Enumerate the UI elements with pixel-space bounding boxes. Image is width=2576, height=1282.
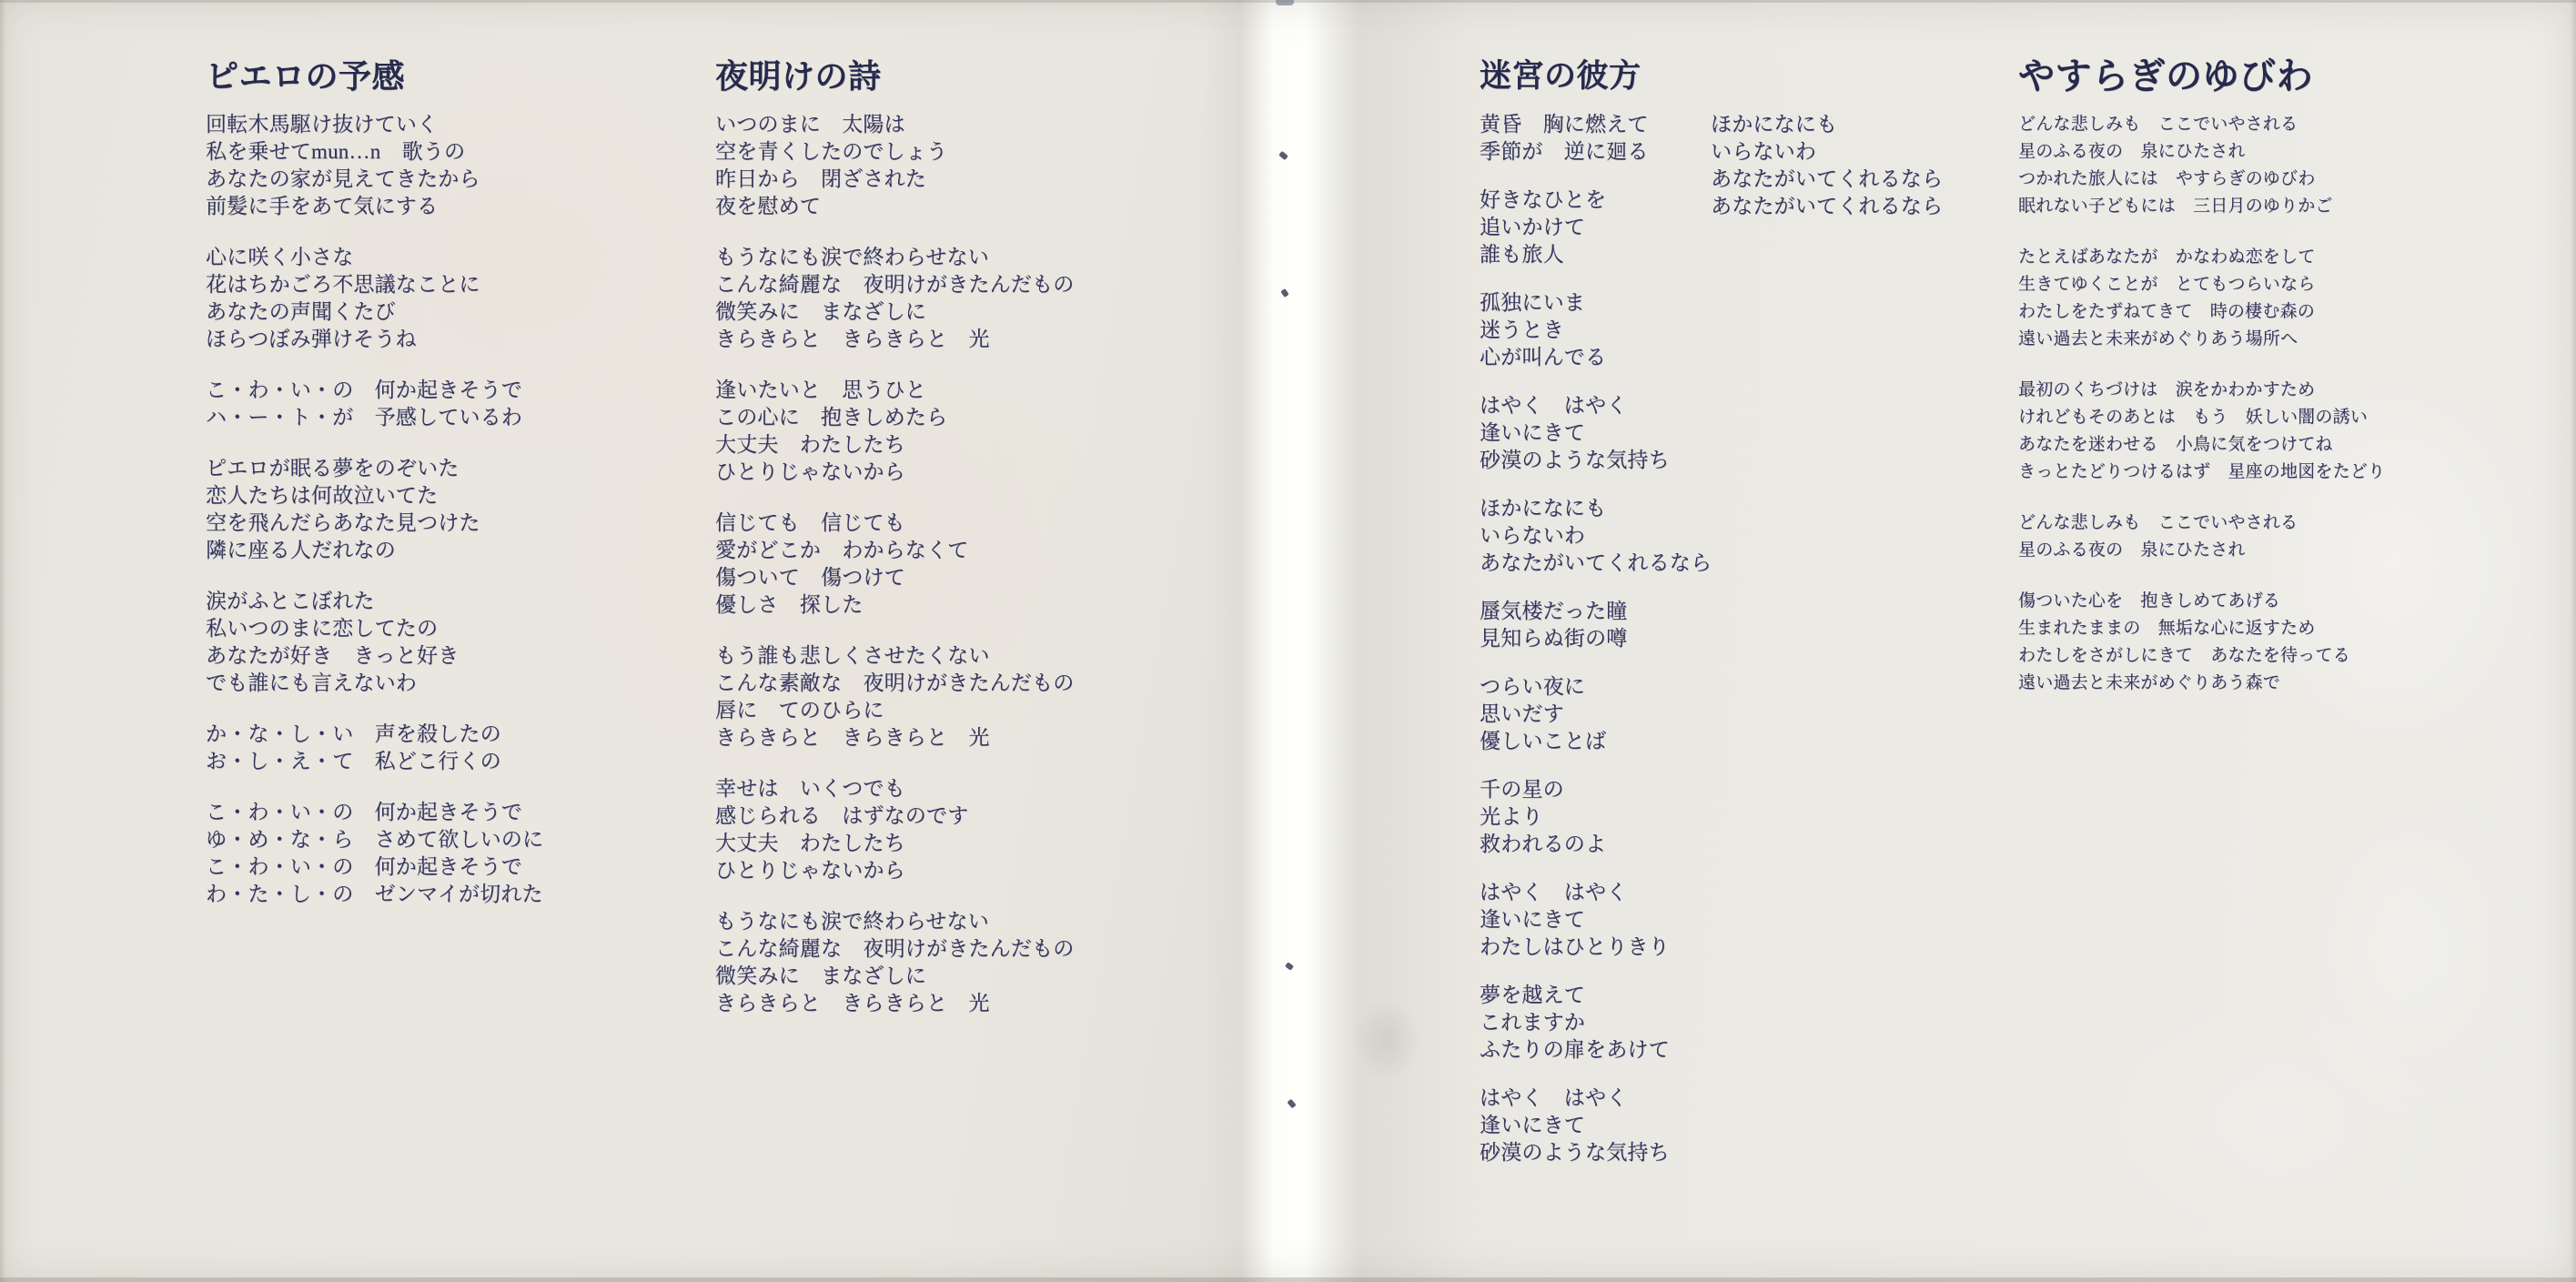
lyric-line: 眠れない子どもには 三日月のゆりかご <box>2018 193 2546 220</box>
lyric-line: 空を飛んだらあなた見つけた <box>206 510 752 537</box>
lyric-line: 大丈夫 わたしたち <box>715 830 1279 857</box>
lyric-line: こ・わ・い・の 何か起きそうで <box>206 853 752 881</box>
lyric-line: 夜を慰めて <box>715 193 1279 220</box>
scan-edge <box>0 1277 2576 1282</box>
lyric-line: あなたの家が見えてきたから <box>206 166 752 193</box>
lyric-line: 感じられる はずなのです <box>715 803 1279 830</box>
lyric-stanza: ほかになにもいらないわあなたがいてくれるなら <box>1480 495 1916 577</box>
lyric-stanza: もうなにも涙で終わらせないこんな綺麗な 夜明けがきたんだもの微笑みに まなざしに… <box>715 908 1279 1017</box>
lyric-stanza: つらい夜に思いだす優しいことば <box>1480 673 1916 755</box>
lyric-line: わ・た・し・の ゼンマイが切れた <box>206 881 752 908</box>
lyric-line: 遠い過去と未来がめぐりあう森で <box>2018 670 2546 697</box>
lyric-stanza: 信じても 信じても愛がどこか わからなくて傷ついて 傷つけて優しさ 探した <box>715 510 1279 619</box>
lyric-stanza: どんな悲しみも ここでいやされる星のふる夜の 泉にひたされつかれた旅人には やす… <box>2018 111 2546 220</box>
song-yasuragi-no-yubiwa: やすらぎのゆびわ どんな悲しみも ここでいやされる星のふる夜の 泉にひたされつか… <box>2018 58 2546 721</box>
lyric-stanza: こ・わ・い・の 何か起きそうでハ・ー・ト・が 予感しているわ <box>206 377 752 431</box>
lyric-line: 生まれたままの 無垢な心に返すため <box>2018 615 2546 642</box>
lyric-line: 星のふる夜の 泉にひたされ <box>2018 537 2546 564</box>
lyric-line: この心に 抱きしめたら <box>715 404 1279 431</box>
lyric-line: お・し・え・て 私どこ行くの <box>206 748 752 775</box>
lyric-stanza: 逢いたいと 思うひとこの心に 抱きしめたら大丈夫 わたしたちひとりじゃないから <box>715 377 1279 486</box>
lyric-stanza: 夢を越えてこれますかふたりの扉をあけて <box>1480 982 1916 1064</box>
lyric-line: きらきらと きらきらと 光 <box>715 326 1279 353</box>
lyric-line: 遠い過去と未来がめぐりあう場所へ <box>2018 326 2546 353</box>
lyric-line: 孤独にいま <box>1480 289 1916 317</box>
scan-edge <box>0 0 2576 3</box>
lyric-line: はやく はやく <box>1480 392 1916 419</box>
lyric-line: 空を青くしたのでしょう <box>715 138 1279 166</box>
booklet-scan: ピエロの予感 回転木馬駆け抜けていく私を乗せてmun…n 歌うのあなたの家が見え… <box>0 0 2576 1282</box>
lyric-line: 最初のくちづけは 涙をかわかすため <box>2018 377 2546 404</box>
lyric-line: 唇に てのひらに <box>715 697 1279 724</box>
lyric-stanza: ピエロが眠る夢をのぞいた恋人たちは何故泣いてた空を飛んだらあなた見つけた隣に座る… <box>206 455 752 564</box>
lyric-line: 救われるのよ <box>1480 831 1916 858</box>
lyric-stanza: もう誰も悲しくさせたくないこんな素敵な 夜明けがきたんだもの唇に てのひらにきら… <box>715 642 1279 752</box>
lyric-line: 涙がふとこぼれた <box>206 588 752 615</box>
song-title-yoake-no-uta: 夜明けの詩 <box>715 58 1279 95</box>
lyric-line: きっとたどりつけるはず 星座の地図をたどり <box>2018 459 2546 486</box>
lyric-line: あなたの声聞くたび <box>206 298 752 326</box>
lyric-line: 心が叫んでる <box>1480 344 1916 371</box>
lyric-line: はやく はやく <box>1480 1085 1916 1112</box>
lyric-line: か・な・し・い 声を殺したの <box>206 721 752 748</box>
lyric-line: こ・わ・い・の 何か起きそうで <box>206 799 752 826</box>
lyric-line: 砂漠のような気持ち <box>1480 447 1916 474</box>
song-title-piero-no-yokan: ピエロの予感 <box>206 58 752 95</box>
lyric-line: ゆ・め・な・ら さめて欲しいのに <box>206 826 752 853</box>
song-lyrics: いつのまに 太陽は空を青くしたのでしょう昨日から 閉ざされた夜を慰めてもうなにも… <box>715 111 1279 1017</box>
pencil-smudge <box>1354 999 1419 1081</box>
lyric-stanza: 孤独にいま迷うとき心が叫んでる <box>1480 289 1916 371</box>
lyric-line: 誰も旅人 <box>1480 241 1916 268</box>
song-title-meikyuu-no-kanata: 迷宮の彼方 <box>1480 58 1916 95</box>
lyric-stanza: はやく はやく逢いにきて砂漠のような気持ち <box>1480 392 1916 474</box>
lyric-stanza: 心に咲く小さな花はちかごろ不思議なことにあなたの声聞くたびほらつぼみ弾けそうね <box>206 244 752 353</box>
lyric-line: こんな綺麗な 夜明けがきたんだもの <box>715 271 1279 298</box>
lyric-stanza: か・な・し・い 声を殺したのお・し・え・て 私どこ行くの <box>206 721 752 775</box>
lyric-stanza: 回転木馬駆け抜けていく私を乗せてmun…n 歌うのあなたの家が見えてきたから前髪… <box>206 111 752 220</box>
lyric-line: きらきらと きらきらと 光 <box>715 990 1279 1017</box>
lyric-line: 蜃気楼だった瞳 <box>1480 598 1916 625</box>
lyric-line: ひとりじゃないから <box>715 857 1279 884</box>
lyric-line: 星のふる夜の 泉にひたされ <box>2018 138 2546 166</box>
lyric-stanza: いつのまに 太陽は空を青くしたのでしょう昨日から 閉ざされた夜を慰めて <box>715 111 1279 220</box>
lyric-line: きらきらと きらきらと 光 <box>715 724 1279 752</box>
song-yoake-no-uta: 夜明けの詩 いつのまに 太陽は空を青くしたのでしょう昨日から 閉ざされた夜を慰め… <box>715 58 1279 1041</box>
scanner-glare <box>2084 983 2466 1256</box>
scan-edge <box>2570 0 2576 1282</box>
lyric-line: 優しいことば <box>1480 728 1916 755</box>
lyric-line: あなたがいてくれるなら <box>1480 550 1916 577</box>
lyric-line: 千の星の <box>1480 776 1916 803</box>
lyric-line: いらないわ <box>1480 522 1916 550</box>
lyric-line: 幸せは いくつでも <box>715 775 1279 803</box>
song-meikyuu-no-kanata: 迷宮の彼方 黄昏 胸に燃えて季節が 逆に廻る好きなひとを追いかけて誰も旅人孤独に… <box>1480 58 1916 1187</box>
lyric-line: こんな素敵な 夜明けがきたんだもの <box>715 670 1279 697</box>
lyric-line: でも誰にも言えないわ <box>206 670 752 697</box>
lyric-line: ピエロが眠る夢をのぞいた <box>206 455 752 482</box>
lyric-stanza: たとえばあなたが かなわぬ恋をして生きてゆくことが とてもつらいならわたしをたず… <box>2018 244 2546 353</box>
lyric-line: たとえばあなたが かなわぬ恋をして <box>2018 244 2546 271</box>
lyric-line: 私いつのまに恋してたの <box>206 615 752 642</box>
lyric-line: 傷ついて 傷つけて <box>715 564 1279 591</box>
lyric-line: もう誰も悲しくさせたくない <box>715 642 1279 670</box>
lyric-line: どんな悲しみも ここでいやされる <box>2018 510 2546 537</box>
song-lyrics: 黄昏 胸に燃えて季節が 逆に廻る好きなひとを追いかけて誰も旅人孤独にいま迷うとき… <box>1480 111 1916 1166</box>
scan-edge <box>0 0 6 1282</box>
lyric-line: 逢いにきて <box>1480 1112 1916 1139</box>
lyric-stanza: こ・わ・い・の 何か起きそうでゆ・め・な・ら さめて欲しいのにこ・わ・い・の 何… <box>206 799 752 908</box>
lyric-line: 迷うとき <box>1480 317 1916 344</box>
lyric-line: 前髪に手をあて気にする <box>206 193 752 220</box>
song-lyrics: 回転木馬駆け抜けていく私を乗せてmun…n 歌うのあなたの家が見えてきたから前髪… <box>206 111 752 908</box>
lyric-line: 回転木馬駆け抜けていく <box>206 111 752 138</box>
lyric-stanza: 涙がふとこぼれた私いつのまに恋してたのあなたが好き きっと好きでも誰にも言えない… <box>206 588 752 697</box>
lyric-line: 微笑みに まなざしに <box>715 298 1279 326</box>
lyric-stanza: 最初のくちづけは 涙をかわかすためけれどもそのあとは もう 妖しい闇の誘いあなた… <box>2018 377 2546 486</box>
lyric-line: どんな悲しみも ここでいやされる <box>2018 111 2546 138</box>
lyric-line: 恋人たちは何故泣いてた <box>206 482 752 510</box>
lyric-line: これますか <box>1480 1009 1916 1036</box>
lyric-stanza: 幸せは いくつでも感じられる はずなのです大丈夫 わたしたちひとりじゃないから <box>715 775 1279 884</box>
lyric-line: 見知らぬ街の噂 <box>1480 625 1916 652</box>
lyric-line: 心に咲く小さな <box>206 244 752 271</box>
lyric-line: ほらつぼみ弾けそうね <box>206 326 752 353</box>
lyric-stanza: どんな悲しみも ここでいやされる星のふる夜の 泉にひたされ <box>2018 510 2546 564</box>
lyric-line: 愛がどこか わからなくて <box>715 537 1279 564</box>
lyric-line: もうなにも涙で終わらせない <box>715 244 1279 271</box>
lyric-line: わたしはひとりきり <box>1480 934 1916 961</box>
lyric-line: 隣に座る人だれなの <box>206 537 752 564</box>
lyric-stanza: もうなにも涙で終わらせないこんな綺麗な 夜明けがきたんだもの微笑みに まなざしに… <box>715 244 1279 353</box>
lyric-line: 生きてゆくことが とてもつらいなら <box>2018 271 2546 298</box>
lyric-line: ひとりじゃないから <box>715 459 1279 486</box>
lyric-line: 優しさ 探した <box>715 591 1279 619</box>
lyric-stanza: はやく はやく逢いにきて砂漠のような気持ち <box>1480 1085 1916 1166</box>
lyric-line: 逢いにきて <box>1480 419 1916 447</box>
lyric-line: 私を乗せてmun…n 歌うの <box>206 138 752 166</box>
lyric-stanza: 蜃気楼だった瞳見知らぬ街の噂 <box>1480 598 1916 652</box>
lyric-line: けれどもそのあとは もう 妖しい闇の誘い <box>2018 404 2546 431</box>
lyric-line: 砂漠のような気持ち <box>1480 1139 1916 1166</box>
lyric-line: こ・わ・い・の 何か起きそうで <box>206 377 752 404</box>
lyric-line: ふたりの扉をあけて <box>1480 1036 1916 1064</box>
lyric-stanza: はやく はやく逢いにきてわたしはひとりきり <box>1480 879 1916 961</box>
lyric-stanza: 傷ついた心を 抱きしめてあげる生まれたままの 無垢な心に返すためわたしをさがしに… <box>2018 588 2546 697</box>
lyric-line: 昨日から 閉ざされた <box>715 166 1279 193</box>
lyric-line: 信じても 信じても <box>715 510 1279 537</box>
lyric-line: つらい夜に <box>1480 673 1916 701</box>
lyric-line: 微笑みに まなざしに <box>715 963 1279 990</box>
lyric-line: 夢を越えて <box>1480 982 1916 1009</box>
lyric-line: わたしをたずねてきて 時の棲む森の <box>2018 298 2546 326</box>
lyric-line: 思いだす <box>1480 701 1916 728</box>
lyric-line: 逢いたいと 思うひと <box>715 377 1279 404</box>
lyric-line: 逢いにきて <box>1480 906 1916 934</box>
lyric-line: ハ・ー・ト・が 予感しているわ <box>206 404 752 431</box>
lyric-line: もうなにも涙で終わらせない <box>715 908 1279 935</box>
lyric-line: はやく はやく <box>1480 879 1916 906</box>
lyric-line: あなたが好き きっと好き <box>206 642 752 670</box>
lyric-line: あなたを迷わせる 小鳥に気をつけてね <box>2018 431 2546 459</box>
lyric-line: ほかになにも <box>1480 495 1916 522</box>
lyric-line: いつのまに 太陽は <box>715 111 1279 138</box>
lyric-stanza: 千の星の光より救われるのよ <box>1480 776 1916 858</box>
lyric-line: こんな綺麗な 夜明けがきたんだもの <box>715 935 1279 963</box>
lyric-line: つかれた旅人には やすらぎのゆびわ <box>2018 166 2546 193</box>
song-title-yasuragi-no-yubiwa: やすらぎのゆびわ <box>2018 58 2546 95</box>
lyric-line: 傷ついた心を 抱きしめてあげる <box>2018 588 2546 615</box>
song-lyrics: どんな悲しみも ここでいやされる星のふる夜の 泉にひたされつかれた旅人には やす… <box>2018 111 2546 697</box>
lyric-line: 花はちかごろ不思議なことに <box>206 271 752 298</box>
lyric-line: 光より <box>1480 803 1916 831</box>
lyric-line: 大丈夫 わたしたち <box>715 431 1279 459</box>
song-piero-no-yokan: ピエロの予感 回転木馬駆け抜けていく私を乗せてmun…n 歌うのあなたの家が見え… <box>206 58 752 932</box>
lyric-line: わたしをさがしにきて あなたを待ってる <box>2018 642 2546 670</box>
